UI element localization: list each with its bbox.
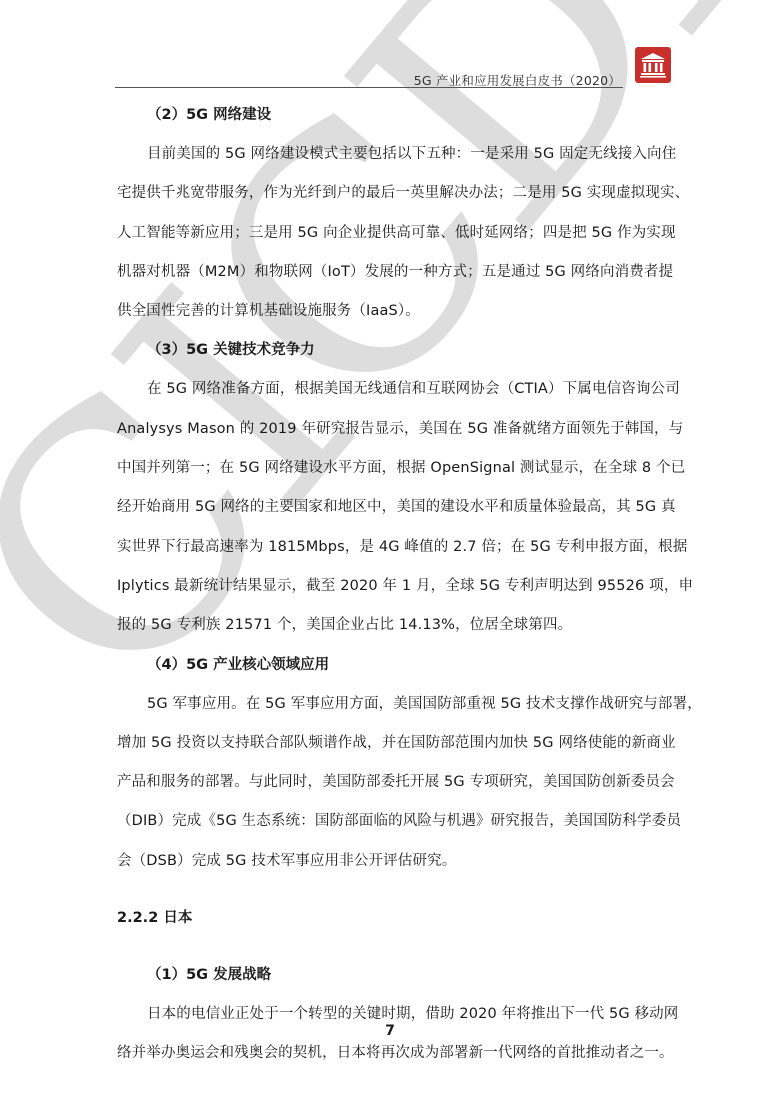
text-line: 供全国性完善的计算机基础设施服务（IaaS）。 — [117, 292, 665, 331]
text-line: 在 5G 网络准备方面，根据美国无线通信和互联网协会（CTIA）下属电信咨询公司 — [117, 370, 665, 409]
paragraph-key-tech: 在 5G 网络准备方面，根据美国无线通信和互联网协会（CTIA）下属电信咨询公司… — [117, 370, 665, 645]
text-line: 报的 5G 专利族 21571 个，美国企业占比 14.13%，位居全球第四。 — [117, 606, 665, 645]
text-line: 产品和服务的部署。与此同时，美国防部委托开展 5G 专项研究，美国国防创新委员会 — [117, 763, 665, 802]
text-line: 实世界下行最高速率为 1815Mbps，是 4G 峰值的 2.7 倍；在 5G … — [117, 528, 665, 567]
text-line: 会（DSB）完成 5G 技术军事应用非公开评估研究。 — [117, 842, 665, 881]
text-line: 中国并列第一；在 5G 网络建设水平方面，根据 OpenSignal 测试显示，… — [117, 449, 665, 488]
section-heading-development-strategy: （1）5G 发展战略 — [117, 956, 665, 995]
text-line: Analysys Mason 的 2019 年研究报告显示，美国在 5G 准备就… — [117, 410, 665, 449]
page-header: 5G 产业和应用发展白皮书（2020） — [115, 47, 671, 92]
section-heading-key-tech: （3）5G 关键技术竞争力 — [117, 331, 665, 370]
building-columns-icon — [635, 47, 671, 83]
text-line: 目前美国的 5G 网络建设模式主要包括以下五种：一是采用 5G 固定无线接入向住 — [117, 135, 665, 174]
text-line: 络并举办奥运会和残奥会的契机，日本将再次成为部署新一代网络的首批推动者之一。 — [117, 1034, 665, 1073]
text-line: 宅提供千兆宽带服务，作为光纤到户的最后一英里解决办法；二是用 5G 实现虚拟现实… — [117, 174, 665, 213]
paragraph-development-strategy: 日本的电信业正处于一个转型的关键时期，借助 2020 年将推出下一代 5G 移动… — [117, 995, 665, 1074]
text-line: （DIB）完成《5G 生态系统：国防部面临的风险与机遇》研究报告，美国国防科学委… — [117, 802, 665, 841]
paragraph-core-applications: 5G 军事应用。在 5G 军事应用方面，美国国防部重视 5G 技术支撑作战研究与… — [117, 685, 665, 881]
document-body: （2）5G 网络建设 目前美国的 5G 网络建设模式主要包括以下五种：一是采用 … — [117, 96, 665, 1074]
paragraph-network-construction: 目前美国的 5G 网络建设模式主要包括以下五种：一是采用 5G 固定无线接入向住… — [117, 135, 665, 331]
section-heading-network-construction: （2）5G 网络建设 — [117, 96, 665, 135]
text-line: 经开始商用 5G 网络的主要国家和地区中，美国的建设水平和质量体验最高，其 5G… — [117, 488, 665, 527]
section-heading-core-applications: （4）5G 产业核心领域应用 — [117, 646, 665, 685]
text-line: Iplytics 最新统计结果显示，截至 2020 年 1 月，全球 5G 专利… — [117, 567, 665, 606]
text-line: 日本的电信业正处于一个转型的关键时期，借助 2020 年将推出下一代 5G 移动… — [117, 995, 665, 1034]
section-heading-japan: 2.2.2 日本 — [117, 899, 665, 938]
header-divider — [115, 87, 623, 88]
text-line: 机器对机器（M2M）和物联网（IoT）发展的一种方式；五是通过 5G 网络向消费… — [117, 253, 665, 292]
text-line: 人工智能等新应用；三是用 5G 向企业提供高可靠、低时延网络；四是把 5G 作为… — [117, 214, 665, 253]
text-line: 增加 5G 投资以支持联合部队频谱作战，并在国防部范围内加快 5G 网络使能的新… — [117, 724, 665, 763]
text-line: 5G 军事应用。在 5G 军事应用方面，美国国防部重视 5G 技术支撑作战研究与… — [117, 685, 665, 724]
